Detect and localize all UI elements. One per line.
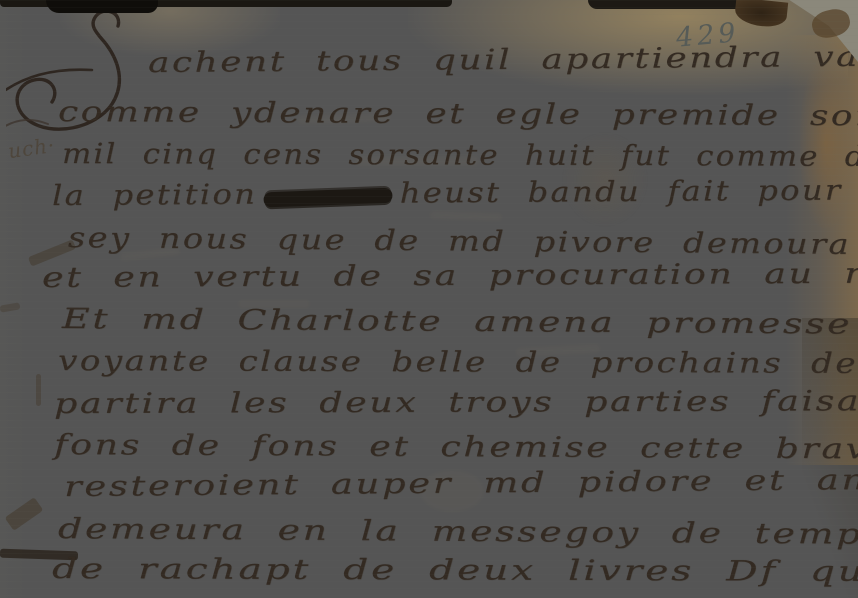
text-line-12: demeura en la messegoy de temps o part —… [58,512,858,553]
text-line-6: et en vertu de sa procuration au report … [42,255,858,294]
ghost-mark [430,211,502,222]
margin-ink-stroke [5,497,44,531]
margin-ink-stroke [0,302,20,312]
text-line-1: achent tous quil apartiendra va Rom [148,39,858,79]
text-line-3: mil cinq cens sorsante huit fut comme de… [62,137,858,173]
text-line-13: de rachapt de deux livres Df qum pour —— [52,552,858,589]
text-line-10: fons de fons et chemise cette brave que … [54,428,858,467]
text-line-4-start: la petition [52,178,257,212]
margin-word-fragment: uch· [7,133,57,163]
text-line-2: comme ydenare et egle premide some de Ju… [58,95,858,134]
text-line-9: partira les deux troys parties faisant l… [54,384,858,420]
text-line-7: Et md Charlotte amena promesse de Roger … [62,302,858,343]
torn-corner-spot [734,0,788,29]
text-line-4-end: heust bandu fait pour et ay —— [400,172,858,210]
margin-ink-stroke [36,374,41,406]
torn-top-edge-right [588,0,748,9]
text-line-8: voyante clause belle de prochains de fro… [58,344,858,380]
ink-scribble-strikeout [264,188,393,208]
text-line-4: la petitionheust bandu fait pour et ay —… [52,172,858,212]
torn-corner-stain [809,6,852,41]
text-line-11: resteroient auper md pidore et antesonne… [64,461,858,503]
manuscript-photo: 429 uch· achent tous quil apartiendra va… [0,0,858,598]
